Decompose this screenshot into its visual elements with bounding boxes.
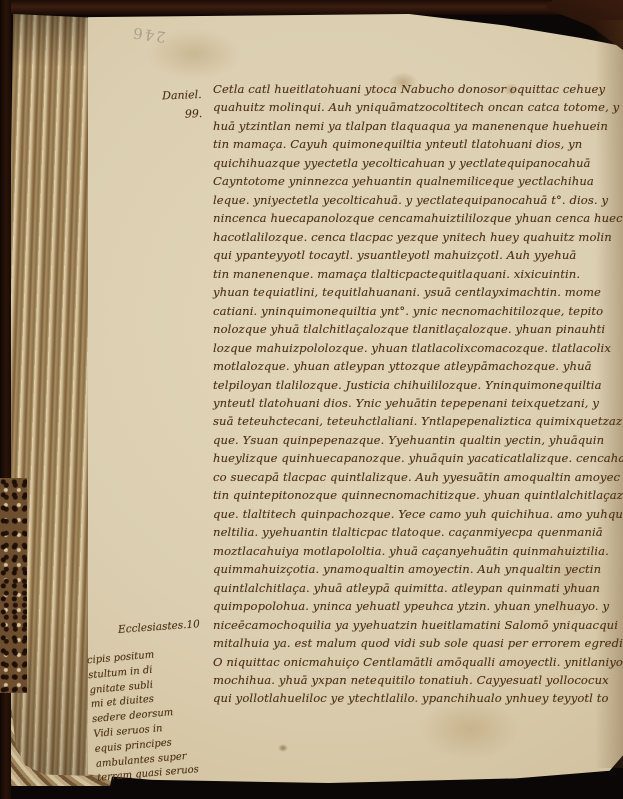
manuscript-text-line: neltilia. yyehuantin tlalticpac tlatoque… xyxy=(213,523,623,541)
manuscript-text-line: huā ytzintlan nemi ya tlalpan tlaquaqua … xyxy=(213,117,623,135)
manuscript-text-line: O niquittac onicmahuiço Centlamātli amōq… xyxy=(213,653,623,671)
book-cover-mottled-patch xyxy=(0,478,27,693)
manuscript-text-line: quintlalchitlaça. yhuā atleypā quimitta.… xyxy=(213,579,623,597)
manuscript-text-line: tin manenenque. mamaça tlalticpactequitl… xyxy=(213,265,623,283)
manuscript-text-line: quichihuazque yyectetla yecolticahuan y … xyxy=(213,154,623,172)
book-cover-top-edge xyxy=(0,0,623,15)
manuscript-text-line: suā teteuhctecani, teteuhctlaliani. Yntl… xyxy=(213,412,623,430)
manuscript-text-line: mochihua. yhuā yxpan netequitilo tonatiu… xyxy=(213,671,623,689)
manuscript-text-line: qui ypanteyyotl tocaytl. ysuantleyotl ma… xyxy=(213,246,623,264)
manuscript-text-line: motlalozque. yhuan atleypan yttozque atl… xyxy=(213,357,623,375)
manuscript-text-line: qui yollotlahueliloc ye ytechtlalilo. yp… xyxy=(213,689,623,707)
manuscript-text-line: telpiloyan tlalilozque. Justicia chihuil… xyxy=(213,376,623,394)
manuscript-text-line: tin mamaça. Cayuh quimonequiltia ynteutl… xyxy=(213,135,623,153)
margin-note-latin-gloss: cipis positumstultum in dignitate sublim… xyxy=(86,642,237,787)
manuscript-text-line: hacotlalilozque. cenca tlacpac yezque yn… xyxy=(213,228,623,246)
manuscript-text-line: moztlacahuiya motlapololtia. yhuā caçany… xyxy=(213,542,623,560)
margin-note-daniel-number: 99. xyxy=(146,104,203,125)
manuscript-text-line: ynteutl tlatohuani dios. Ynic yehuātin t… xyxy=(213,394,623,412)
manuscript-text-line: que. tlaltitech quinpachozque. Yece camo… xyxy=(213,505,623,523)
manuscript-text-line: quimpopolohua. yninca yehuatl ypeuhca yt… xyxy=(213,597,623,615)
manuscript-text-line: quahuitz molinqui. Auh yniquāmatzocoltit… xyxy=(213,98,623,116)
manuscript-text-line: hueylizque quinhuecapanozque. yhuāquin y… xyxy=(213,449,623,467)
margin-note-daniel: Daniel. 99. xyxy=(145,85,202,125)
manuscript-text-line: leque. yniyectetla yecolticahuā. y yectl… xyxy=(213,191,623,209)
manuscript-text-line: quimmahuizçotia. ynamoqualtin amoyectin.… xyxy=(213,560,623,578)
manuscript-text-line: mitalhuia ya. est malum quod vidi sub so… xyxy=(213,634,623,652)
book-photo: 246 Daniel. 99. Cetla catl hueitlatohuan… xyxy=(0,0,623,799)
manuscript-text-line: nolozque yhuā tlalchitlaçalozque tlanitl… xyxy=(213,320,623,338)
manuscript-text-line: lozque mahuizpololozque. yhuan tlatlacol… xyxy=(213,339,623,357)
body-text: Cetla catl hueitlatohuani ytoca Nabucho … xyxy=(213,80,623,708)
manuscript-text-line: nincenca huecapanolozque cencamahuiztili… xyxy=(213,209,623,227)
manuscript-text-line: co suecapā tlacpac quintlalizque. Auh yy… xyxy=(213,468,623,486)
margin-note-daniel-book: Daniel. xyxy=(145,85,202,106)
manuscript-text-line: que. Ysuan quinpepenazque. Yyehuantin qu… xyxy=(213,431,623,449)
manuscript-text-line: tin quintepitonozque quinnecnomachitizqu… xyxy=(213,486,623,504)
manuscript-text-line: Cayntotome yninnezca yehuantin qualnemil… xyxy=(213,172,623,190)
manuscript-text-line: Cetla catl hueitlatohuani ytoca Nabucho … xyxy=(213,80,623,98)
manuscript-text-line: yhuan tequiatlini, tequitlahuanani. ysuā… xyxy=(213,283,623,301)
manuscript-text-line: niceēcamochoquilia ya yyehuatzin hueitla… xyxy=(213,616,623,634)
manuscript-text-line: catiani. yninquimonequiltia ynt°. ynic n… xyxy=(213,302,623,320)
